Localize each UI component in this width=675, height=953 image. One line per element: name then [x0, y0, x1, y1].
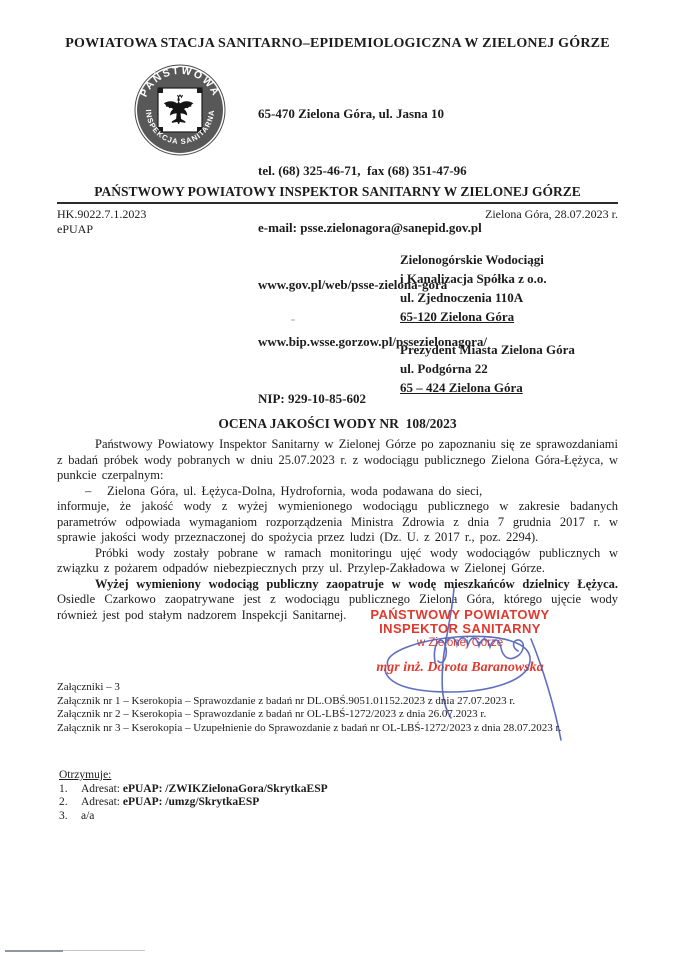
org-title: POWIATOWA STACJA SANITARNO–EPIDEMIOLOGIC… [0, 36, 675, 52]
sampling-point-item: –Zielona Góra, ul. Łężyca-Dolna, Hydrofo… [57, 484, 618, 500]
scan-artifact [63, 950, 145, 951]
item-number: 3. [59, 810, 81, 824]
distribution-list: Otrzymuje: 1.Adresat: ePUAP: /ZWIKZielon… [59, 769, 328, 823]
phone-fax-line: tel. (68) 325-46-71, fax (68) 351-47-96 [258, 161, 487, 180]
paragraph-assessment: informuje, że jakość wody z wyżej wymien… [57, 499, 618, 546]
reference-row: HK.9022.7.1.2023 Zielona Góra, 28.07.202… [57, 207, 618, 222]
reference-number: HK.9022.7.1.2023 [57, 207, 146, 222]
seal-corner [197, 88, 202, 93]
stamp-line-3: w Zielonej Górze [350, 637, 570, 650]
scan-artifact [291, 319, 295, 321]
document-title: OCENA JAKOŚCI WODY NR 108/2023 [0, 416, 675, 432]
attachment-item: Załącznik nr 1 – Kserokopia – Sprawozdan… [57, 695, 561, 709]
sampling-point-text: Zielona Góra, ul. Łężyca-Dolna, Hydrofor… [107, 484, 482, 498]
recipient-line: ul. Zjednoczenia 110A [400, 288, 547, 307]
recipient-line: i Kanalizacja Spółka z o.o. [400, 269, 547, 288]
recipient-line: ul. Podgórna 22 [400, 359, 575, 378]
attachments-heading: Załączniki – 3 [57, 681, 561, 695]
bullet-dash: – [85, 484, 107, 500]
scan-artifact [5, 950, 63, 952]
sanitary-inspection-seal: PAŃSTWOWA INSPEKCJA SANITARNA [134, 64, 226, 156]
delivery-channel: ePUAP [57, 222, 93, 237]
recipient-city-line: 65-120 Zielona Góra [400, 307, 547, 326]
address-line: 65-470 Zielona Góra, ul. Jasna 10 [258, 104, 487, 123]
document-page: POWIATOWA STACJA SANITARNO–EPIDEMIOLOGIC… [0, 0, 675, 953]
inspector-stamp: PAŃSTWOWY POWIATOWY INSPEKTOR SANITARNY … [350, 608, 570, 676]
item-label: Adresat: [81, 796, 123, 808]
item-label: a/a [81, 810, 94, 822]
distribution-heading: Otrzymuje: [59, 769, 328, 783]
item-number: 2. [59, 796, 81, 810]
recipient-mayor: Prezydent Miasta Zielona Góra ul. Podgór… [400, 340, 575, 397]
place-and-date: Zielona Góra, 28.07.2023 r. [485, 207, 618, 222]
stamp-line-1: PAŃSTWOWY POWIATOWY [350, 608, 570, 622]
attachments-list: Załączniki – 3 Załącznik nr 1 – Kserokop… [57, 681, 561, 735]
distribution-item: 3.a/a [59, 810, 328, 824]
inspector-title: PAŃSTWOWY POWIATOWY INSPEKTOR SANITARNY … [0, 184, 675, 200]
recipient-line: Zielonogórskie Wodociągi [400, 250, 547, 269]
item-number: 1. [59, 783, 81, 797]
paragraph-intro: Państwowy Powiatowy Inspektor Sanitarny … [57, 437, 618, 484]
supply-bold-sentence: Wyżej wymieniony wodociąg publiczny zaop… [95, 577, 618, 591]
recipient-line: Prezydent Miasta Zielona Góra [400, 340, 575, 359]
item-epuap-address: ePUAP: /umzg/SkrytkaESP [123, 796, 259, 808]
attachment-item: Załącznik nr 2 – Kserokopia – Sprawozdan… [57, 708, 561, 722]
paragraph-monitoring: Próbki wody zostały pobrane w ramach mon… [57, 546, 618, 577]
item-epuap-address: ePUAP: /ZWIKZielonaGora/SkrytkaESP [123, 783, 328, 795]
signer-name: mgr inż. Dorota Baranowska [350, 660, 570, 676]
recipient-waterworks: Zielonogórskie Wodociągi i Kanalizacja S… [400, 250, 547, 326]
stamp-line-2: INSPEKTOR SANITARNY [350, 622, 570, 636]
distribution-item: 2.Adresat: ePUAP: /umzg/SkrytkaESP [59, 796, 328, 810]
seal-corner [158, 88, 163, 93]
item-label: Adresat: [81, 783, 123, 795]
header-divider [57, 202, 618, 204]
attachment-item: Załącznik nr 3 – Kserokopia – Uzupełnien… [57, 722, 561, 736]
distribution-item: 1.Adresat: ePUAP: /ZWIKZielonaGora/Skryt… [59, 783, 328, 797]
recipient-city-line: 65 – 424 Zielona Góra [400, 378, 575, 397]
document-body: Państwowy Powiatowy Inspektor Sanitarny … [57, 437, 618, 623]
